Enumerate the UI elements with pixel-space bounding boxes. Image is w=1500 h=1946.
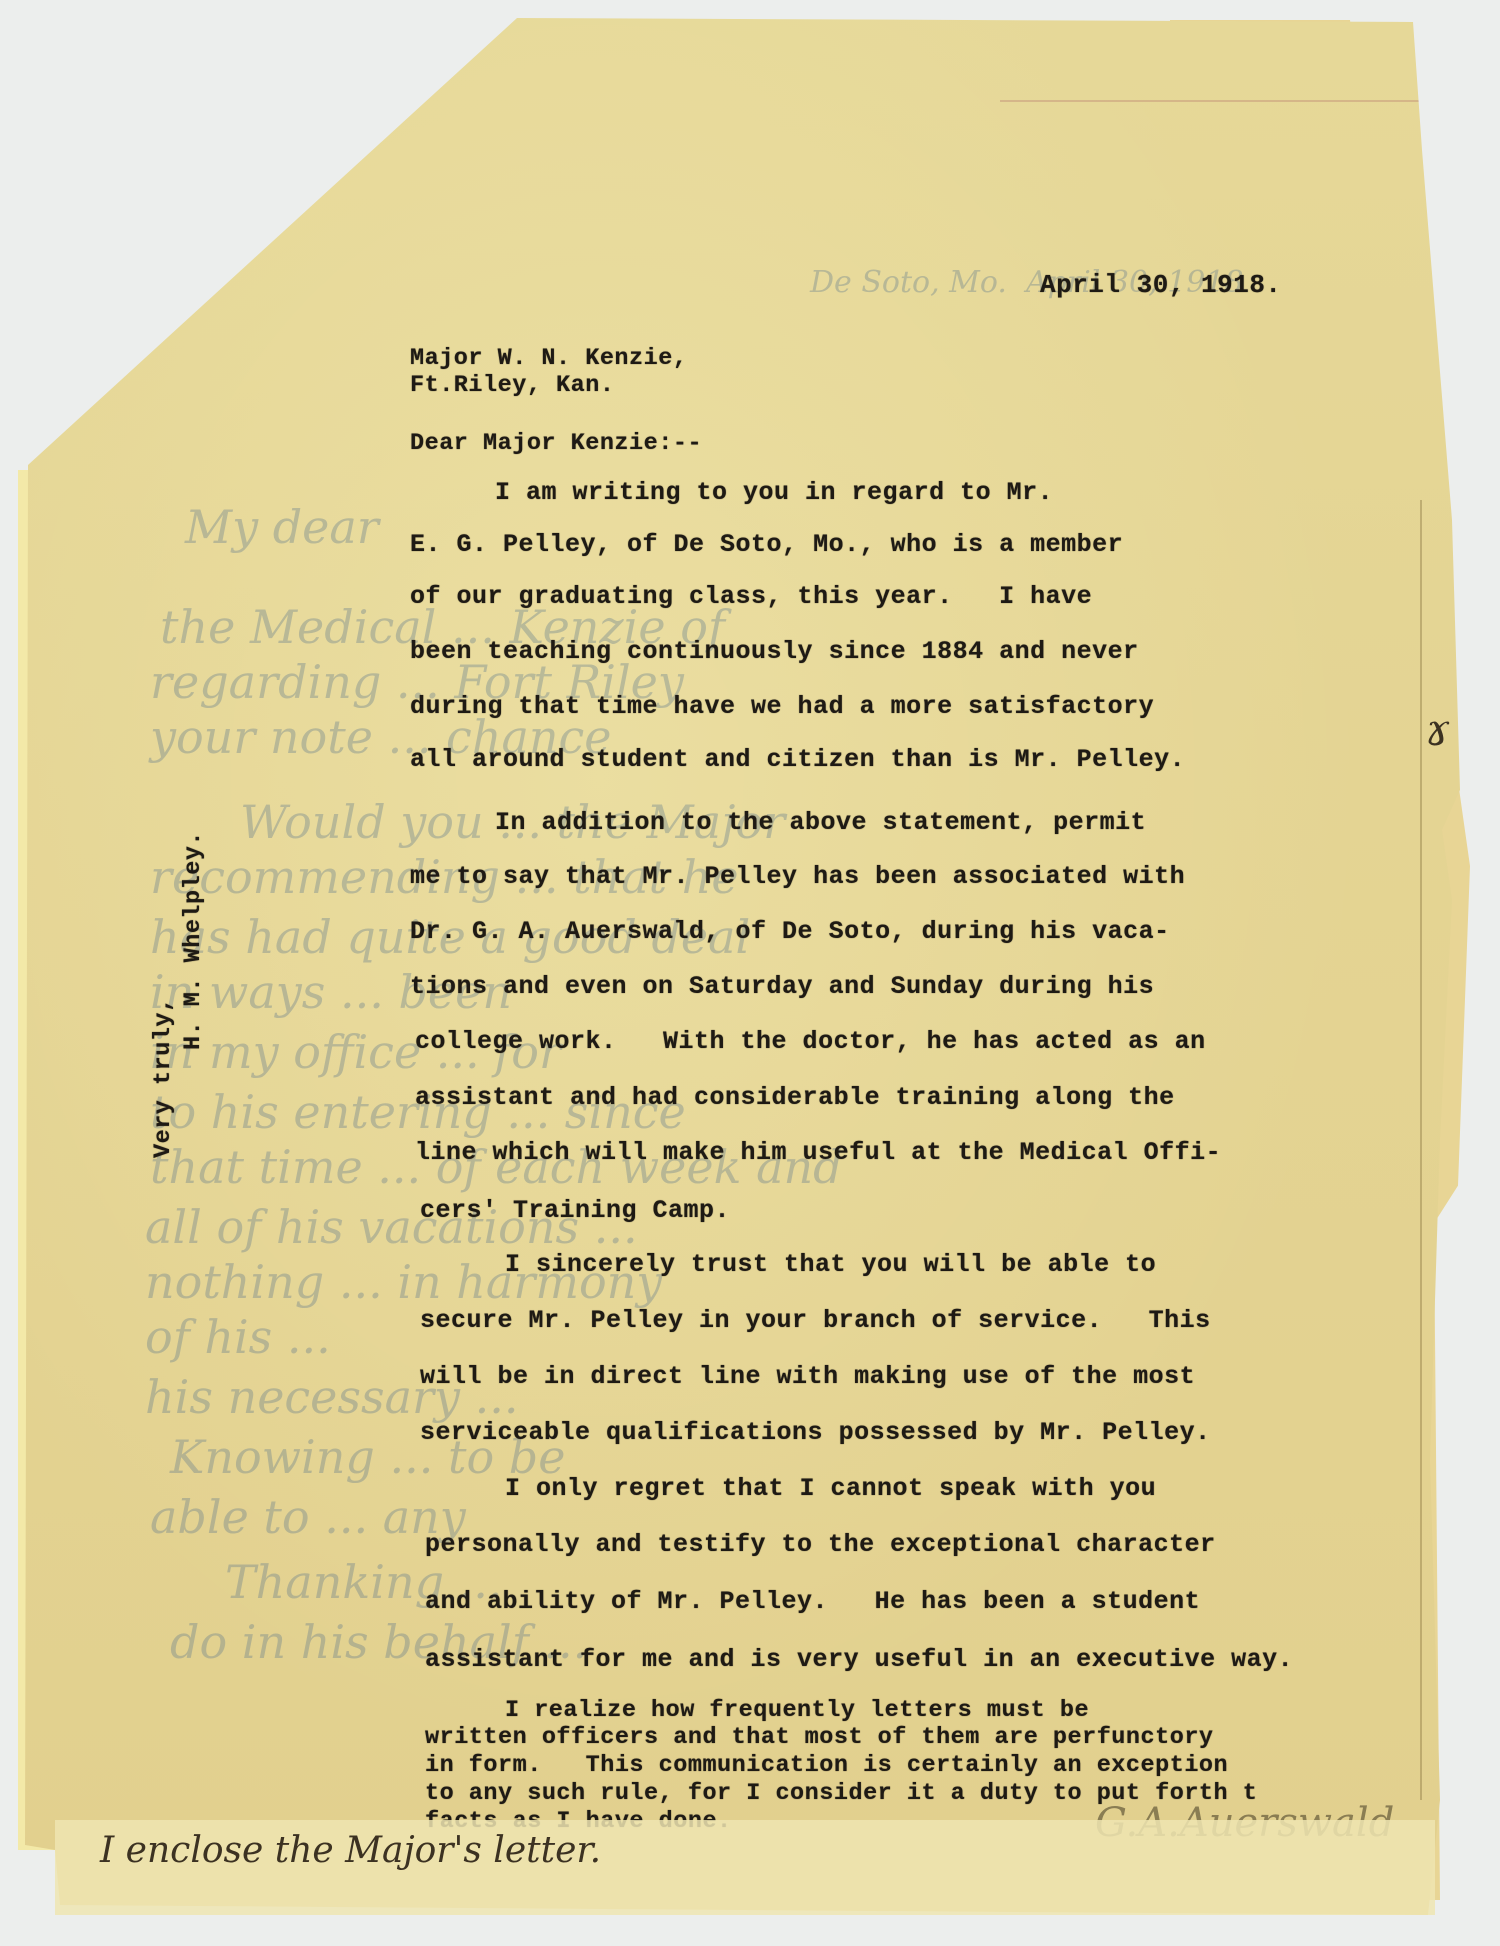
bleed-through-line: able to ... any xyxy=(150,1490,466,1544)
body-line: all around student and citizen than is M… xyxy=(410,745,1185,774)
body-line: personally and testify to the exceptiona… xyxy=(425,1530,1216,1559)
closing-very-truly: Very truly, xyxy=(150,997,177,1158)
body-line: tions and even on Saturday and Sunday du… xyxy=(410,972,1154,1001)
body-line: I am writing to you in regard to Mr. xyxy=(495,478,1053,507)
strip-line: in form. This communication is certainly… xyxy=(425,1752,1228,1779)
body-line: Dr. G. A. Auerswald, of De Soto, during … xyxy=(410,917,1170,946)
body-line: of our graduating class, this year. I ha… xyxy=(410,582,1092,611)
letter-page: My dear the Medical ... Kenzie of regard… xyxy=(0,0,1500,1946)
recipient-address: Ft.Riley, Kan. xyxy=(410,372,614,399)
body-line: college work. With the doctor, he has ac… xyxy=(415,1027,1206,1056)
body-line: serviceable qualifications possessed by … xyxy=(420,1418,1211,1447)
letter-date: April 30, 1918. xyxy=(1040,270,1282,300)
body-line: and ability of Mr. Pelley. He has been a… xyxy=(425,1587,1200,1616)
body-line: assistant and had considerable training … xyxy=(415,1083,1175,1112)
bleed-through-line: of his ... xyxy=(145,1310,331,1364)
body-line: E. G. Pelley, of De Soto, Mo., who is a … xyxy=(410,530,1123,559)
salutation: Dear Major Kenzie:-- xyxy=(410,430,702,457)
strip-line: I realize how frequently letters must be xyxy=(505,1697,1089,1724)
body-line: assistant for me and is very useful in a… xyxy=(425,1645,1293,1674)
handwritten-note-enclosure: I enclose the Major's letter. xyxy=(100,1830,601,1871)
body-line: In addition to the above statement, perm… xyxy=(495,808,1146,837)
body-line: cers' Training Camp. xyxy=(420,1196,730,1225)
body-line: line which will make him useful at the M… xyxy=(415,1138,1221,1167)
fold-line xyxy=(1000,100,1420,102)
body-line: will be in direct line with making use o… xyxy=(420,1362,1195,1391)
body-line: I only regret that I cannot speak with y… xyxy=(505,1474,1156,1503)
body-line: I sincerely trust that you will be able … xyxy=(505,1250,1156,1279)
margin-ink-mark: ɤ xyxy=(1425,705,1450,756)
strip-line: written officers and that most of them a… xyxy=(425,1724,1214,1751)
body-line: during that time have we had a more sati… xyxy=(410,692,1154,721)
right-edge-crease xyxy=(1420,500,1422,1800)
closing-signer-name: H. M. Whelpley. xyxy=(180,831,207,1050)
body-line: me to say that Mr. Pelley has been assoc… xyxy=(410,862,1185,891)
bleed-through-line: My dear xyxy=(185,500,379,554)
recipient-name: Major W. N. Kenzie, xyxy=(410,345,687,372)
body-line: secure Mr. Pelley in your branch of serv… xyxy=(420,1306,1211,1335)
body-line: been teaching continuously since 1884 an… xyxy=(410,637,1139,666)
